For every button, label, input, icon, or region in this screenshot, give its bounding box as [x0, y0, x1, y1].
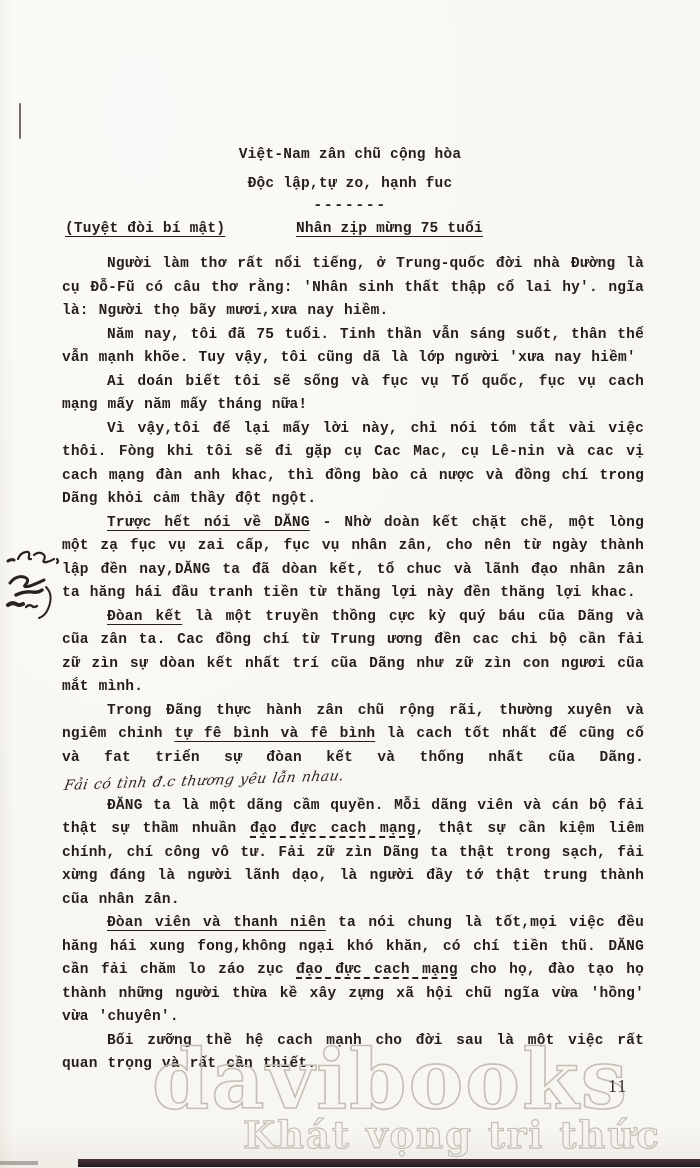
- paragraph: Đòan kết là một truyền thồng cực kỳ quý …: [62, 606, 644, 700]
- separator-dashes: -------: [0, 199, 700, 213]
- paragraph: Người làm thơ rất nổi tiếng, ở Trung-quố…: [62, 253, 644, 324]
- handwritten-margin-note-icon: [2, 543, 110, 623]
- watermark-tagline: Khát vọng tri thức: [243, 1113, 661, 1157]
- paragraph: Trược hết nói về DĂNG - Nhờ doàn kết chặ…: [62, 512, 644, 606]
- page-number: 11: [608, 1076, 627, 1097]
- national-motto-line2: Độc lập,tự zo, hạnh fuc: [0, 170, 700, 199]
- scan-artifact-tick: [19, 103, 21, 139]
- document-title: Nhân zịp mừng 75 tuổi: [296, 221, 483, 237]
- paragraph: Vì vậy,tôi để lại mấy lời này, chỉ nói t…: [62, 418, 644, 512]
- document-body: Người làm thơ rất nổi tiếng, ở Trung-quố…: [62, 253, 644, 1077]
- handwritten-insertion: Fải có tình đ.c thương yêu lẫn nhau.: [62, 765, 346, 798]
- paragraph: Ai doán biết tôi sẽ sống và fục vụ Tổ qu…: [62, 371, 644, 418]
- scan-edge-bar-left: [0, 1161, 38, 1165]
- paragraph: ĐĂNG ta là một dãng cầm quyền. Mỗi dãng …: [62, 795, 644, 913]
- paragraph: Đòan viên và thanh niên ta nói chung là …: [62, 912, 644, 1030]
- paragraph: Năm nay, tôi đã 75 tuổi. Tinh thần vẫn s…: [62, 324, 644, 371]
- paragraph: Trong Đãng thực hành zân chũ rộng rãi, t…: [62, 700, 644, 795]
- letterhead: Việt-Nam zân chũ cộng hòa Độc lập,tự zo,…: [0, 141, 700, 213]
- title-row: (Tuyệt đòi bí mật) Nhân zịp mừng 75 tuổi: [65, 221, 645, 247]
- national-header-line1: Việt-Nam zân chũ cộng hòa: [0, 141, 700, 170]
- scanned-document-page: Việt-Nam zân chũ cộng hòa Độc lập,tự zo,…: [0, 0, 700, 1168]
- scan-edge-bar: [78, 1159, 700, 1167]
- classification-label: (Tuyệt đòi bí mật): [65, 221, 225, 237]
